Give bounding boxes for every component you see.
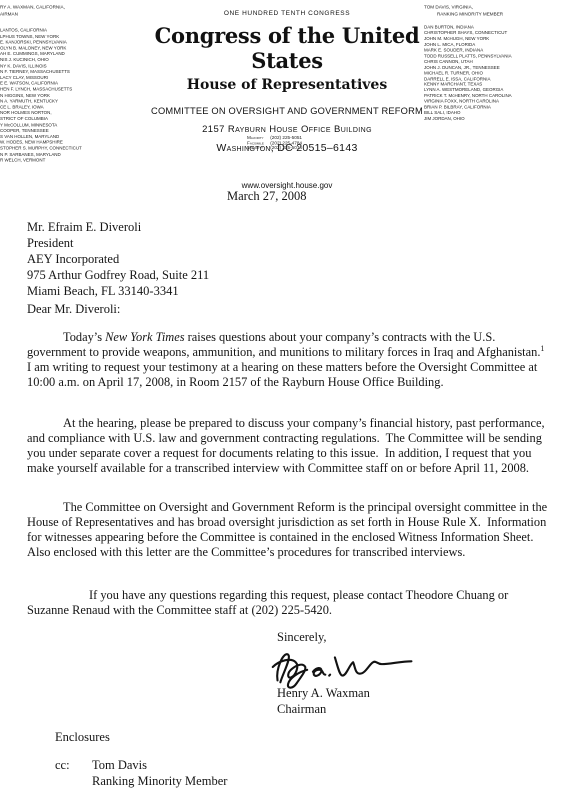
member-name: STOPHER S. MURPHY, CONNECTICUT [0,146,82,152]
phone-row-minority: Minority (202) 225-5074 [247,146,302,151]
majority-members-column: RY A. WAXMAN, CALIFORNIA, AIRMAN LANTOS,… [0,4,82,164]
valediction: Sincerely, [277,630,327,645]
salutation: Dear Mr. Diveroli: [27,302,120,317]
member-name: JOHN J. DUNCAN, JR., TENNESSEE [424,65,512,71]
cc-title: Ranking Minority Member [92,773,227,789]
recipient-title: President [27,235,209,251]
recipient-street: 975 Arthur Godfrey Road, Suite 211 [27,267,209,283]
phone-label: Minority [247,146,270,151]
recipient-city: Miami Beach, FL 33140-3341 [27,283,209,299]
signer-title: Chairman [277,702,326,717]
chairman-line2: AIRMAN [0,11,82,18]
congress-session-line: ONE HUNDRED TENTH CONGRESS [148,10,426,17]
congress-title: Congress of the United States [148,23,426,73]
address-line1: 2157 Rayburn House Office Building [148,124,426,135]
ranking-member-name: TOM DAVIS, VIRGINIA, RANKING MINORITY ME… [424,4,512,18]
recipient-company: AEY Incorporated [27,251,209,267]
letterhead: ONE HUNDRED TENTH CONGRESS Congress of t… [148,10,426,190]
chairman-name: RY A. WAXMAN, CALIFORNIA, AIRMAN [0,4,82,18]
member-name: JIM JORDAN, OHIO [424,116,512,122]
recipient-name: Mr. Efraim E. Diveroli [27,219,209,235]
ranking-line2: RANKING MINORITY MEMBER [424,11,512,18]
letter-date: March 27, 2008 [227,189,307,204]
ranking-line1: TOM DAVIS, VIRGINIA, [424,4,512,11]
cc-block: cc: Tom Davis Ranking Minority Member [55,757,227,789]
p1-pre: Today’s [63,330,105,344]
body-paragraph-2: At the hearing, please be prepared to di… [27,416,551,476]
enclosures-note: Enclosures [55,730,110,745]
letter-page: RY A. WAXMAN, CALIFORNIA, AIRMAN LANTOS,… [0,0,573,797]
cc-label: cc: [55,757,92,789]
phone-numbers: Majority (202) 225-5051 Facsimile (202) … [247,136,302,151]
chairman-line1: RY A. WAXMAN, CALIFORNIA, [0,4,82,11]
minority-members-column: TOM DAVIS, VIRGINIA, RANKING MINORITY ME… [424,4,512,122]
member-name: R WELCH, VERMONT [0,158,82,164]
recipient-address-block: Mr. Efraim E. Diveroli President AEY Inc… [27,219,209,299]
body-paragraph-1: Today’s New York Times raises questions … [27,330,551,390]
body-paragraph-4: If you have any questions regarding this… [27,588,551,618]
majority-member-list: LANTOS, CALIFORNIALPHUS TOWNS, NEW YORKE… [0,28,82,164]
cc-name: Tom Davis [92,757,227,773]
member-name: HEN F. LYNCH, MASSACHUSETTS [0,87,82,93]
p1-publication-italic: New York Times [105,330,184,344]
signer-name: Henry A. Waxman [277,686,370,701]
signature-icon [268,645,420,689]
phone-number: (202) 225-5074 [270,146,302,151]
body-paragraph-3: The Committee on Oversight and Governmen… [27,500,551,560]
committee-name: COMMITTEE ON OVERSIGHT AND GOVERNMENT RE… [148,106,426,116]
house-title: House of Representatives [148,77,426,93]
minority-member-list: DAN BURTON, INDIANACHRISTOPHER SHAYS, CO… [424,25,512,122]
cc-recipient: Tom Davis Ranking Minority Member [92,757,227,789]
